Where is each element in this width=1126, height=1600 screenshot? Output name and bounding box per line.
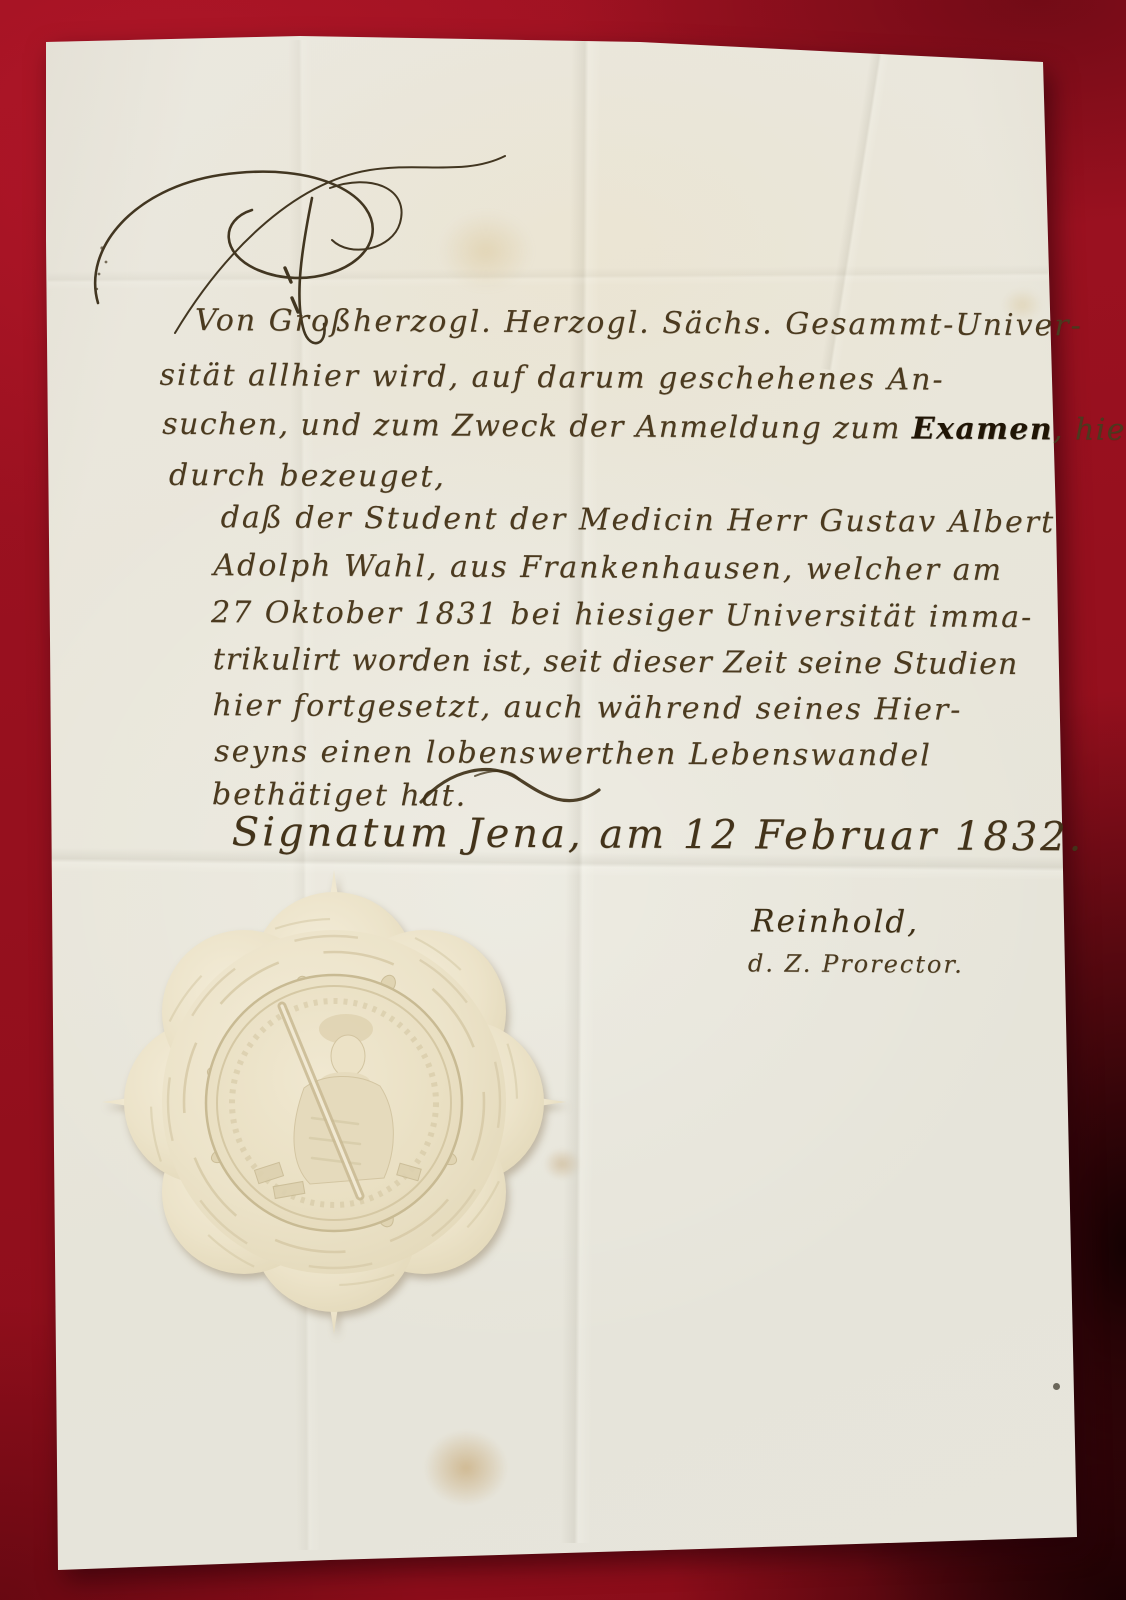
seal-medallion xyxy=(206,975,462,1231)
signature-name: Reinhold, xyxy=(751,906,919,938)
embossed-paper-seal xyxy=(98,866,570,1338)
line-3-post: , hier- xyxy=(1053,412,1126,448)
handwritten-line-4: durch bezeuget, xyxy=(169,461,446,493)
signature-title: d. Z. Prorector. xyxy=(748,951,964,976)
date-line: Signatum Jena, am 12 Februar 1832. xyxy=(232,812,1085,857)
handwritten-line-2: sität allhier wird, auf darum geschehene… xyxy=(159,361,944,396)
handwritten-line-6: Adolph Wahl, aus Frankenhausen, welcher … xyxy=(213,551,1003,586)
handwritten-line-3: suchen, und zum Zweck der Anmeldung zum … xyxy=(162,410,1126,446)
handwritten-line-1: Von Großherzogl. Herzogl. Sächs. Gesammt… xyxy=(195,306,1083,341)
handwritten-line-5: daß der Student der Medicin Herr Gustav … xyxy=(221,503,1056,538)
photo-backdrop: Von Großherzogl. Herzogl. Sächs. Gesammt… xyxy=(0,0,1126,1600)
examen-word: Examen xyxy=(912,411,1053,447)
handwritten-line-7: 27 Oktober 1831 bei hiesiger Universität… xyxy=(211,598,1033,633)
handwritten-line-9: hier fortgesetzt, auch während seines Hi… xyxy=(212,691,962,726)
line-3-pre: suchen, und zum Zweck der Anmeldung zum xyxy=(162,407,912,447)
handwritten-line-8: trikulirt worden ist, seit dieser Zeit s… xyxy=(213,645,1019,680)
flourish-swash xyxy=(415,760,605,824)
